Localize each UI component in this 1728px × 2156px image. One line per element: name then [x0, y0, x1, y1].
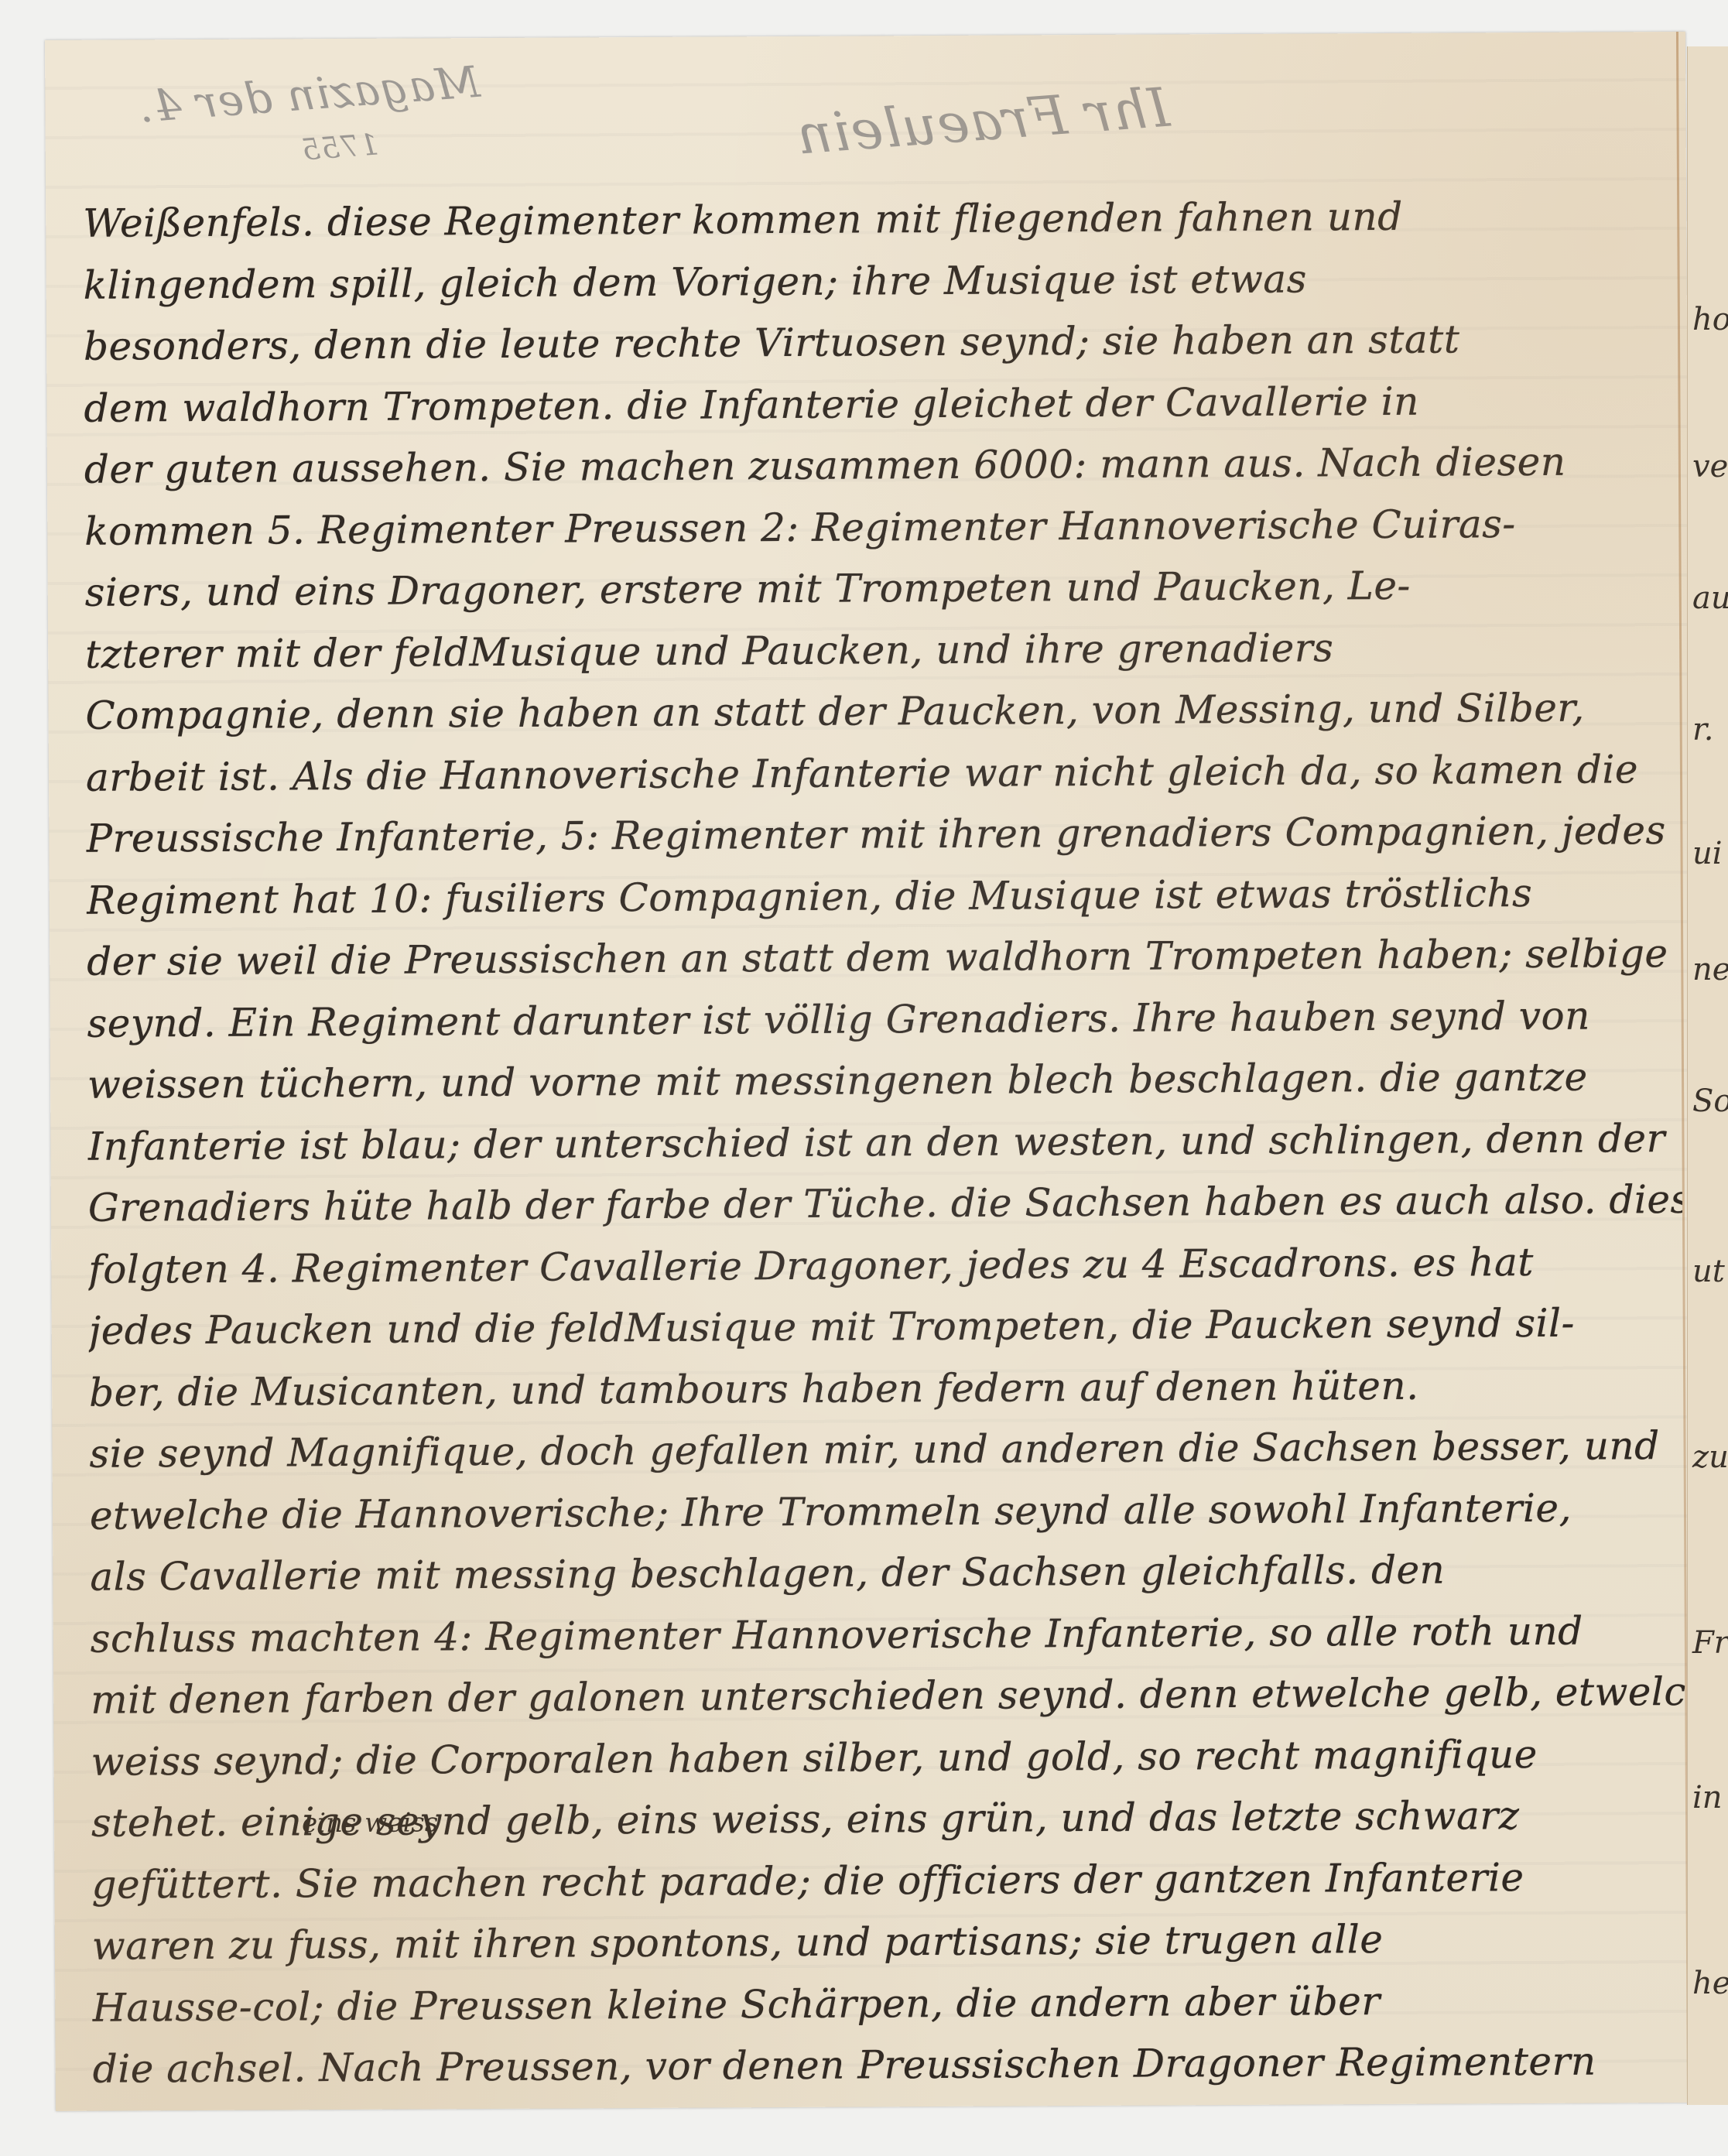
margin-fragment: r. — [1692, 712, 1713, 748]
text-line-14: seynd. Ein Regiment darunter ist völlig … — [87, 984, 1681, 1054]
margin-fragment: he — [1692, 1966, 1728, 2001]
text-line-29: waren zu fuss, mit ihren spontons, und p… — [92, 1908, 1686, 1977]
pencil-note-top-left: Magazin der 4. — [137, 57, 482, 133]
text-line-4: dem waldhorn Trompeten. die Infanterie g… — [84, 369, 1678, 439]
text-line-15: weissen tüchern, und vorne mit messingen… — [87, 1046, 1682, 1116]
text-line-3: besonders, denn die leute rechte Virtuos… — [84, 308, 1678, 378]
pencil-note-year: 1755 — [299, 127, 380, 166]
text-line-6: kommen 5. Regimenter Preussen 2: Regimen… — [84, 492, 1678, 562]
interlinear-correction: eins weiss — [302, 1807, 438, 1839]
text-line-21: sie seynd Magnifique, doch gefallen mir,… — [89, 1415, 1683, 1485]
text-line-9: Compagnie, denn sie haben an statt der P… — [85, 677, 1679, 747]
margin-fragment: au — [1692, 580, 1728, 616]
text-line-23: als Cavallerie mit messing beschlagen, d… — [90, 1538, 1684, 1608]
text-line-8: tzterer mit der feldMusique und Paucken,… — [85, 615, 1679, 685]
margin-fragment: in — [1692, 1780, 1723, 1815]
margin-fragment: Fri — [1692, 1625, 1728, 1661]
text-line-7: siers, und eins Dragoner, erstere mit Tr… — [85, 554, 1679, 624]
margin-fragment: ut — [1692, 1254, 1725, 1289]
text-line-2: klingendem spill, gleich dem Vorigen; ih… — [83, 246, 1677, 316]
text-line-30: Hausse-col; die Preussen kleine Schärpen… — [92, 1969, 1686, 2038]
margin-fragment: ve — [1692, 449, 1728, 484]
margin-fragment: ho — [1692, 302, 1728, 337]
text-line-31: die achsel. Nach Preussen, vor denen Pre… — [93, 2031, 1687, 2100]
text-line-11: Preussische Infanterie, 5: Regimenter mi… — [86, 800, 1680, 870]
text-line-12: Regiment hat 10: fusiliers Compagnien, d… — [87, 861, 1681, 931]
text-line-25: mit denen farben der galonen unterschied… — [91, 1661, 1685, 1731]
text-line-24: schluss machten 4: Regimenter Hannoveris… — [91, 1600, 1685, 1669]
text-line-17: Grenadiers hüte halb der farbe der Tüche… — [88, 1169, 1682, 1239]
text-line-13: der sie weil die Preussischen an statt d… — [87, 923, 1681, 993]
text-line-10: arbeit ist. Als die Hannoverische Infant… — [86, 738, 1680, 808]
text-line-18: folgten 4. Regimenter Cavallerie Dragone… — [88, 1230, 1682, 1300]
text-line-1: Weißenfels. diese Regimenter kommen mit … — [83, 185, 1677, 255]
margin-fragment: ui — [1692, 836, 1723, 871]
adjacent-page-edge: ho ve au r. ui ne So ut zu Fri in he — [1687, 46, 1728, 2105]
pencil-note-top-center: Ihr Fraeulein — [794, 76, 1172, 167]
margin-fragment: ne — [1692, 952, 1728, 987]
text-line-26: weiss seynd; die Corporalen haben silber… — [91, 1723, 1685, 1792]
margin-fragment: So — [1692, 1083, 1728, 1119]
text-line-20: ber, die Musicanten, und tambours haben … — [89, 1353, 1683, 1423]
manuscript-page: Magazin der 4. 1755 Ihr Fraeulein Weißen… — [45, 32, 1696, 2111]
text-line-19: jedes Paucken und die feldMusique mit Tr… — [89, 1292, 1683, 1362]
text-line-28: gefüttert. Sie machen recht parade; die … — [91, 1846, 1685, 1915]
margin-fragment: zu — [1692, 1439, 1728, 1475]
text-line-16: Infanterie ist blau; der unterschied ist… — [87, 1107, 1682, 1177]
text-line-22: etwelche die Hannoverische; Ihre Trommel… — [90, 1477, 1684, 1546]
text-line-5: der guten aussehen. Sie machen zusammen … — [84, 431, 1678, 501]
